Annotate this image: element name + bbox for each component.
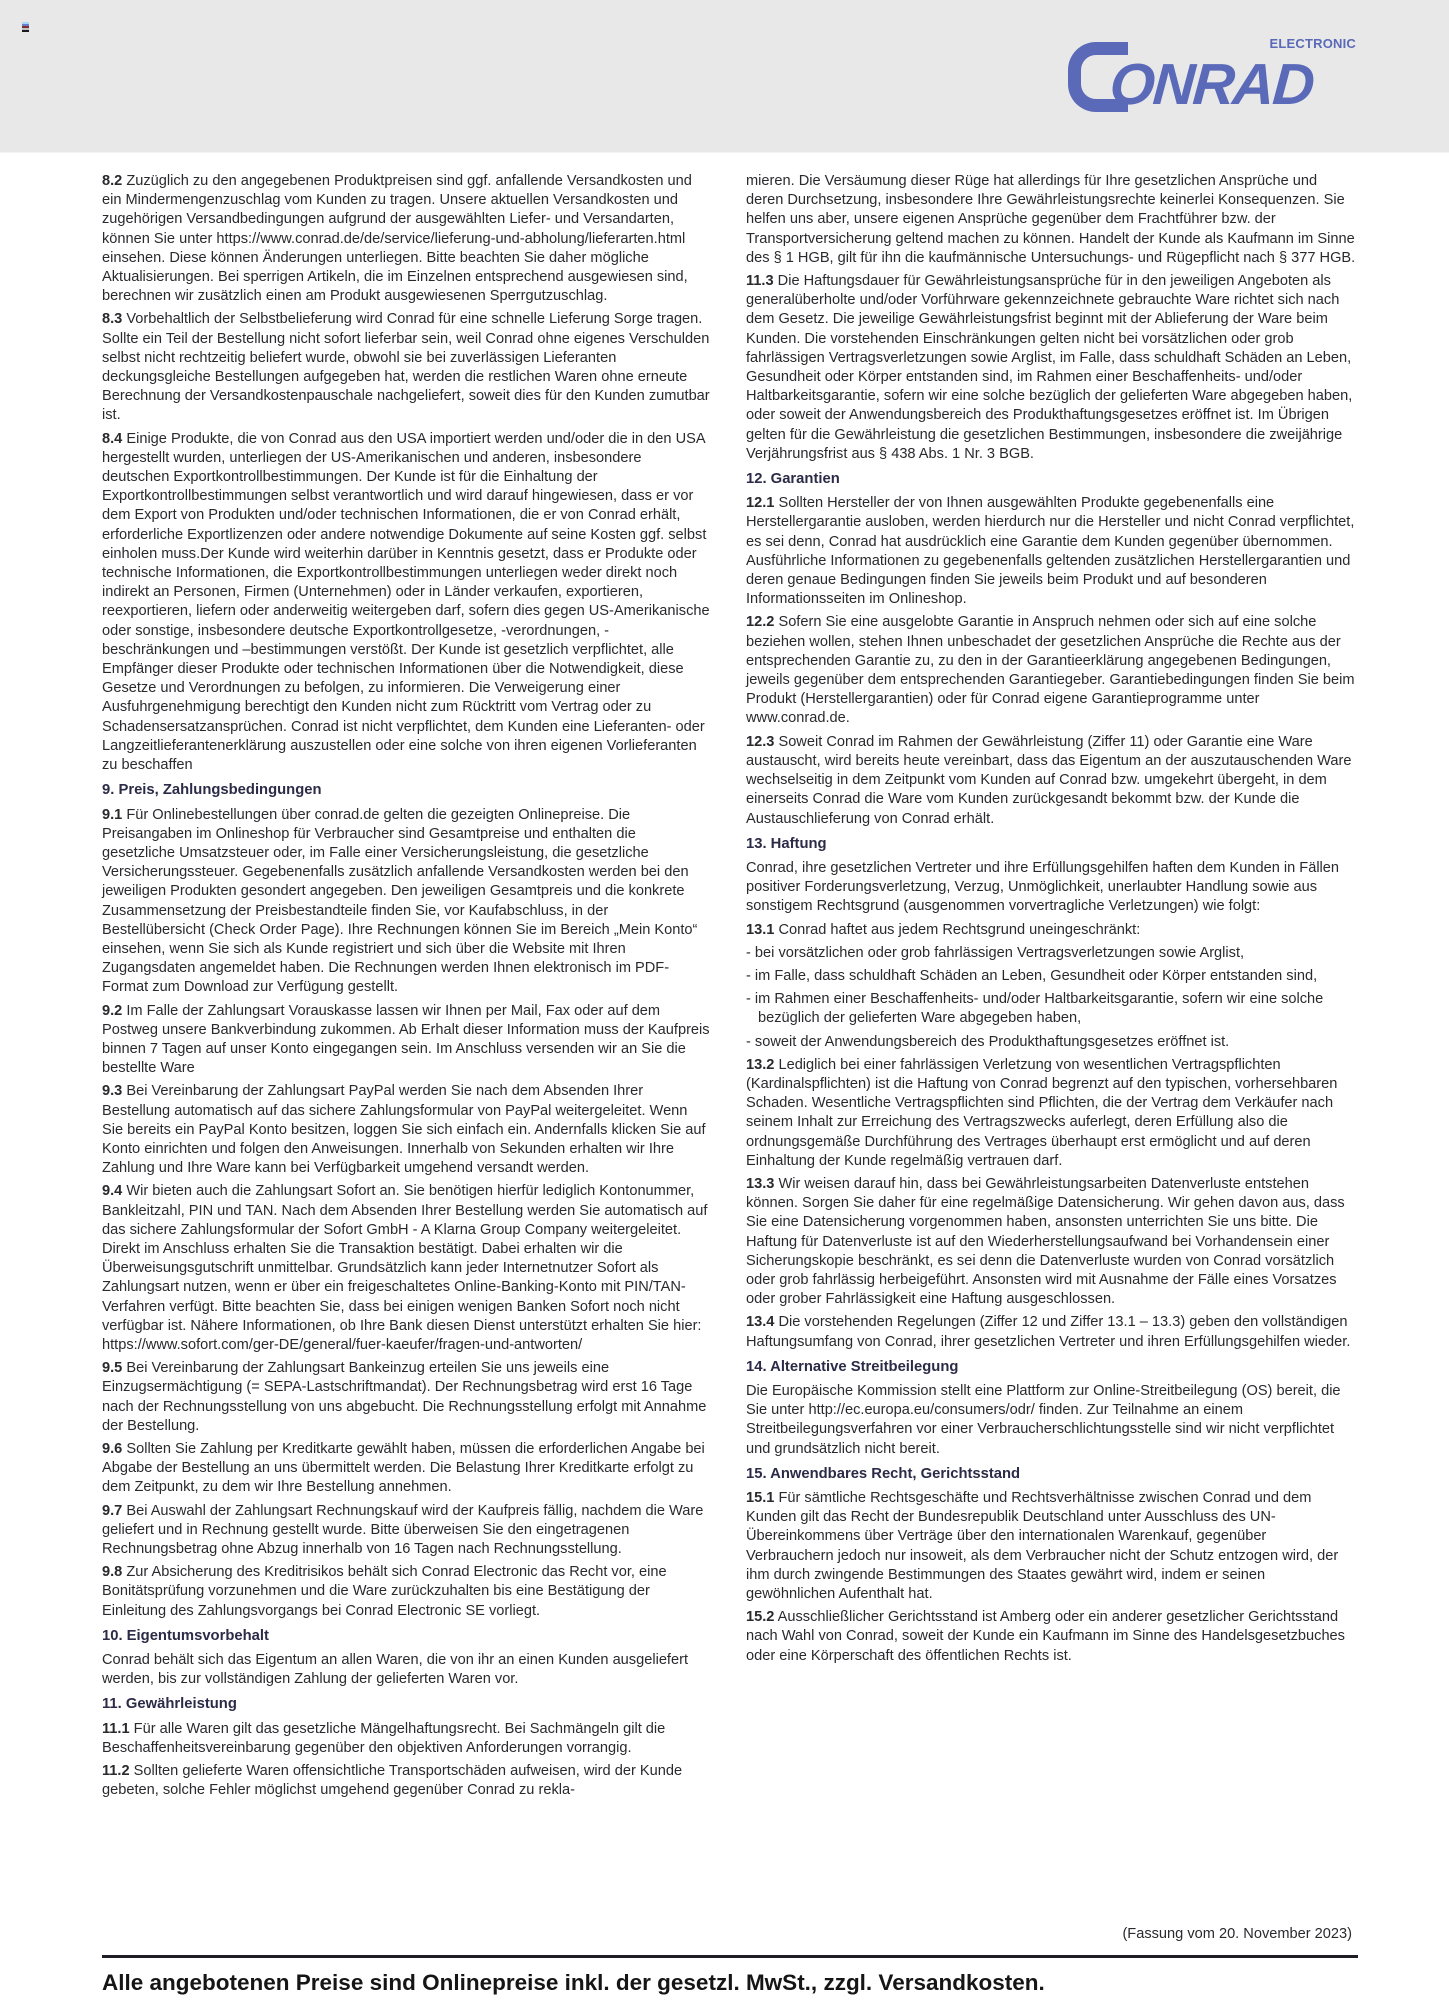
conrad-logo: ONRAD ELECTRONIC [1066, 30, 1366, 120]
clause-12-1: 12.1 Sollten Hersteller der von Ihnen au… [746, 494, 1356, 609]
left-column: 8.2 Zuzüglich zu den angegebenen Produkt… [102, 172, 712, 1804]
bullet-item: - im Falle, dass schuldhaft Schäden an L… [746, 967, 1356, 986]
clause-13-4: 13.4 Die vorstehenden Regelungen (Ziffer… [746, 1313, 1356, 1351]
section-heading-9: 9. Preis, Zahlungsbedingungen [102, 781, 712, 800]
section-heading-14: 14. Alternative Streitbeilegung [746, 1358, 1356, 1377]
clause-11-3: 11.3 Die Haftungsdauer für Gewährleistun… [746, 272, 1356, 464]
clause-8-2: 8.2 Zuzüglich zu den angegebenen Produkt… [102, 172, 712, 306]
clause-13-3: 13.3 Wir weisen darauf hin, dass bei Gew… [746, 1175, 1356, 1309]
section-heading-11: 11. Gewährleistung [102, 1695, 712, 1714]
logo-subtitle: ELECTRONIC [1270, 36, 1357, 51]
page-header: ONRAD ELECTRONIC [0, 0, 1449, 153]
clause-13-intro: Conrad, ihre gesetzlichen Vertreter und … [746, 859, 1356, 917]
version-note: (Fassung vom 20. November 2023) [1122, 1926, 1352, 1942]
clause-15-1: 15.1 Für sämtliche Rechtsgeschäfte und R… [746, 1489, 1356, 1604]
clause-8-4: 8.4 Einige Produkte, die von Conrad aus … [102, 430, 712, 776]
clause-15-2: 15.2 Ausschließlicher Gerichtsstand ist … [746, 1608, 1356, 1666]
clause-12-2: 12.2 Sofern Sie eine ausgelobte Garantie… [746, 613, 1356, 728]
section-heading-13: 13. Haftung [746, 835, 1356, 854]
section-heading-15: 15. Anwendbares Recht, Gerichtsstand [746, 1465, 1356, 1484]
clause-12-3: 12.3 Soweit Conrad im Rahmen der Gewährl… [746, 733, 1356, 829]
clause-13-2: 13.2 Lediglich bei einer fahrlässigen Ve… [746, 1056, 1356, 1171]
clause-10: Conrad behält sich das Eigentum an allen… [102, 1651, 712, 1689]
clause-9-7: 9.7 Bei Auswahl der Zahlungsart Rechnung… [102, 1502, 712, 1560]
color-swatch-icon [22, 22, 29, 32]
price-disclaimer: Alle angebotenen Preise sind Onlinepreis… [102, 1970, 1045, 1996]
clause-9-5: 9.5 Bei Vereinbarung der Zahlungsart Ban… [102, 1359, 712, 1436]
clause-9-1: 9.1 Für Onlinebestellungen über conrad.d… [102, 806, 712, 998]
clause-9-3: 9.3 Bei Vereinbarung der Zahlungsart Pay… [102, 1082, 712, 1178]
footer-divider [102, 1955, 1358, 1958]
clause-9-2: 9.2 Im Falle der Zahlungsart Vorauskasse… [102, 1002, 712, 1079]
clause-8-3: 8.3 Vorbehaltlich der Selbstbelieferung … [102, 310, 712, 425]
clause-14: Die Europäische Kommission stellt eine P… [746, 1382, 1356, 1459]
right-column: mieren. Die Versäumung dieser Rüge hat a… [746, 172, 1356, 1670]
clause-11-1: 11.1 Für alle Waren gilt das gesetzliche… [102, 1720, 712, 1758]
section-heading-10: 10. Eigentumsvorbehalt [102, 1627, 712, 1646]
clause-11-2-continued: mieren. Die Versäumung dieser Rüge hat a… [746, 172, 1356, 268]
bullet-item: - soweit der Anwendungsbereich des Produ… [746, 1033, 1356, 1052]
bullet-item: - bei vorsätzlichen oder grob fahrlässig… [746, 944, 1356, 963]
bullet-item: - im Rahmen einer Beschaffenheits- und/o… [746, 990, 1356, 1028]
logo-wordmark: ONRAD [1108, 56, 1315, 114]
clause-11-2: 11.2 Sollten gelieferte Waren offensicht… [102, 1762, 712, 1800]
clause-9-4: 9.4 Wir bieten auch die Zahlungsart Sofo… [102, 1182, 712, 1355]
clause-13-1: 13.1 Conrad haftet aus jedem Rechtsgrund… [746, 921, 1356, 940]
clause-9-8: 9.8 Zur Absicherung des Kreditrisikos be… [102, 1563, 712, 1621]
section-heading-12: 12. Garantien [746, 470, 1356, 489]
clause-9-6: 9.6 Sollten Sie Zahlung per Kreditkarte … [102, 1440, 712, 1498]
